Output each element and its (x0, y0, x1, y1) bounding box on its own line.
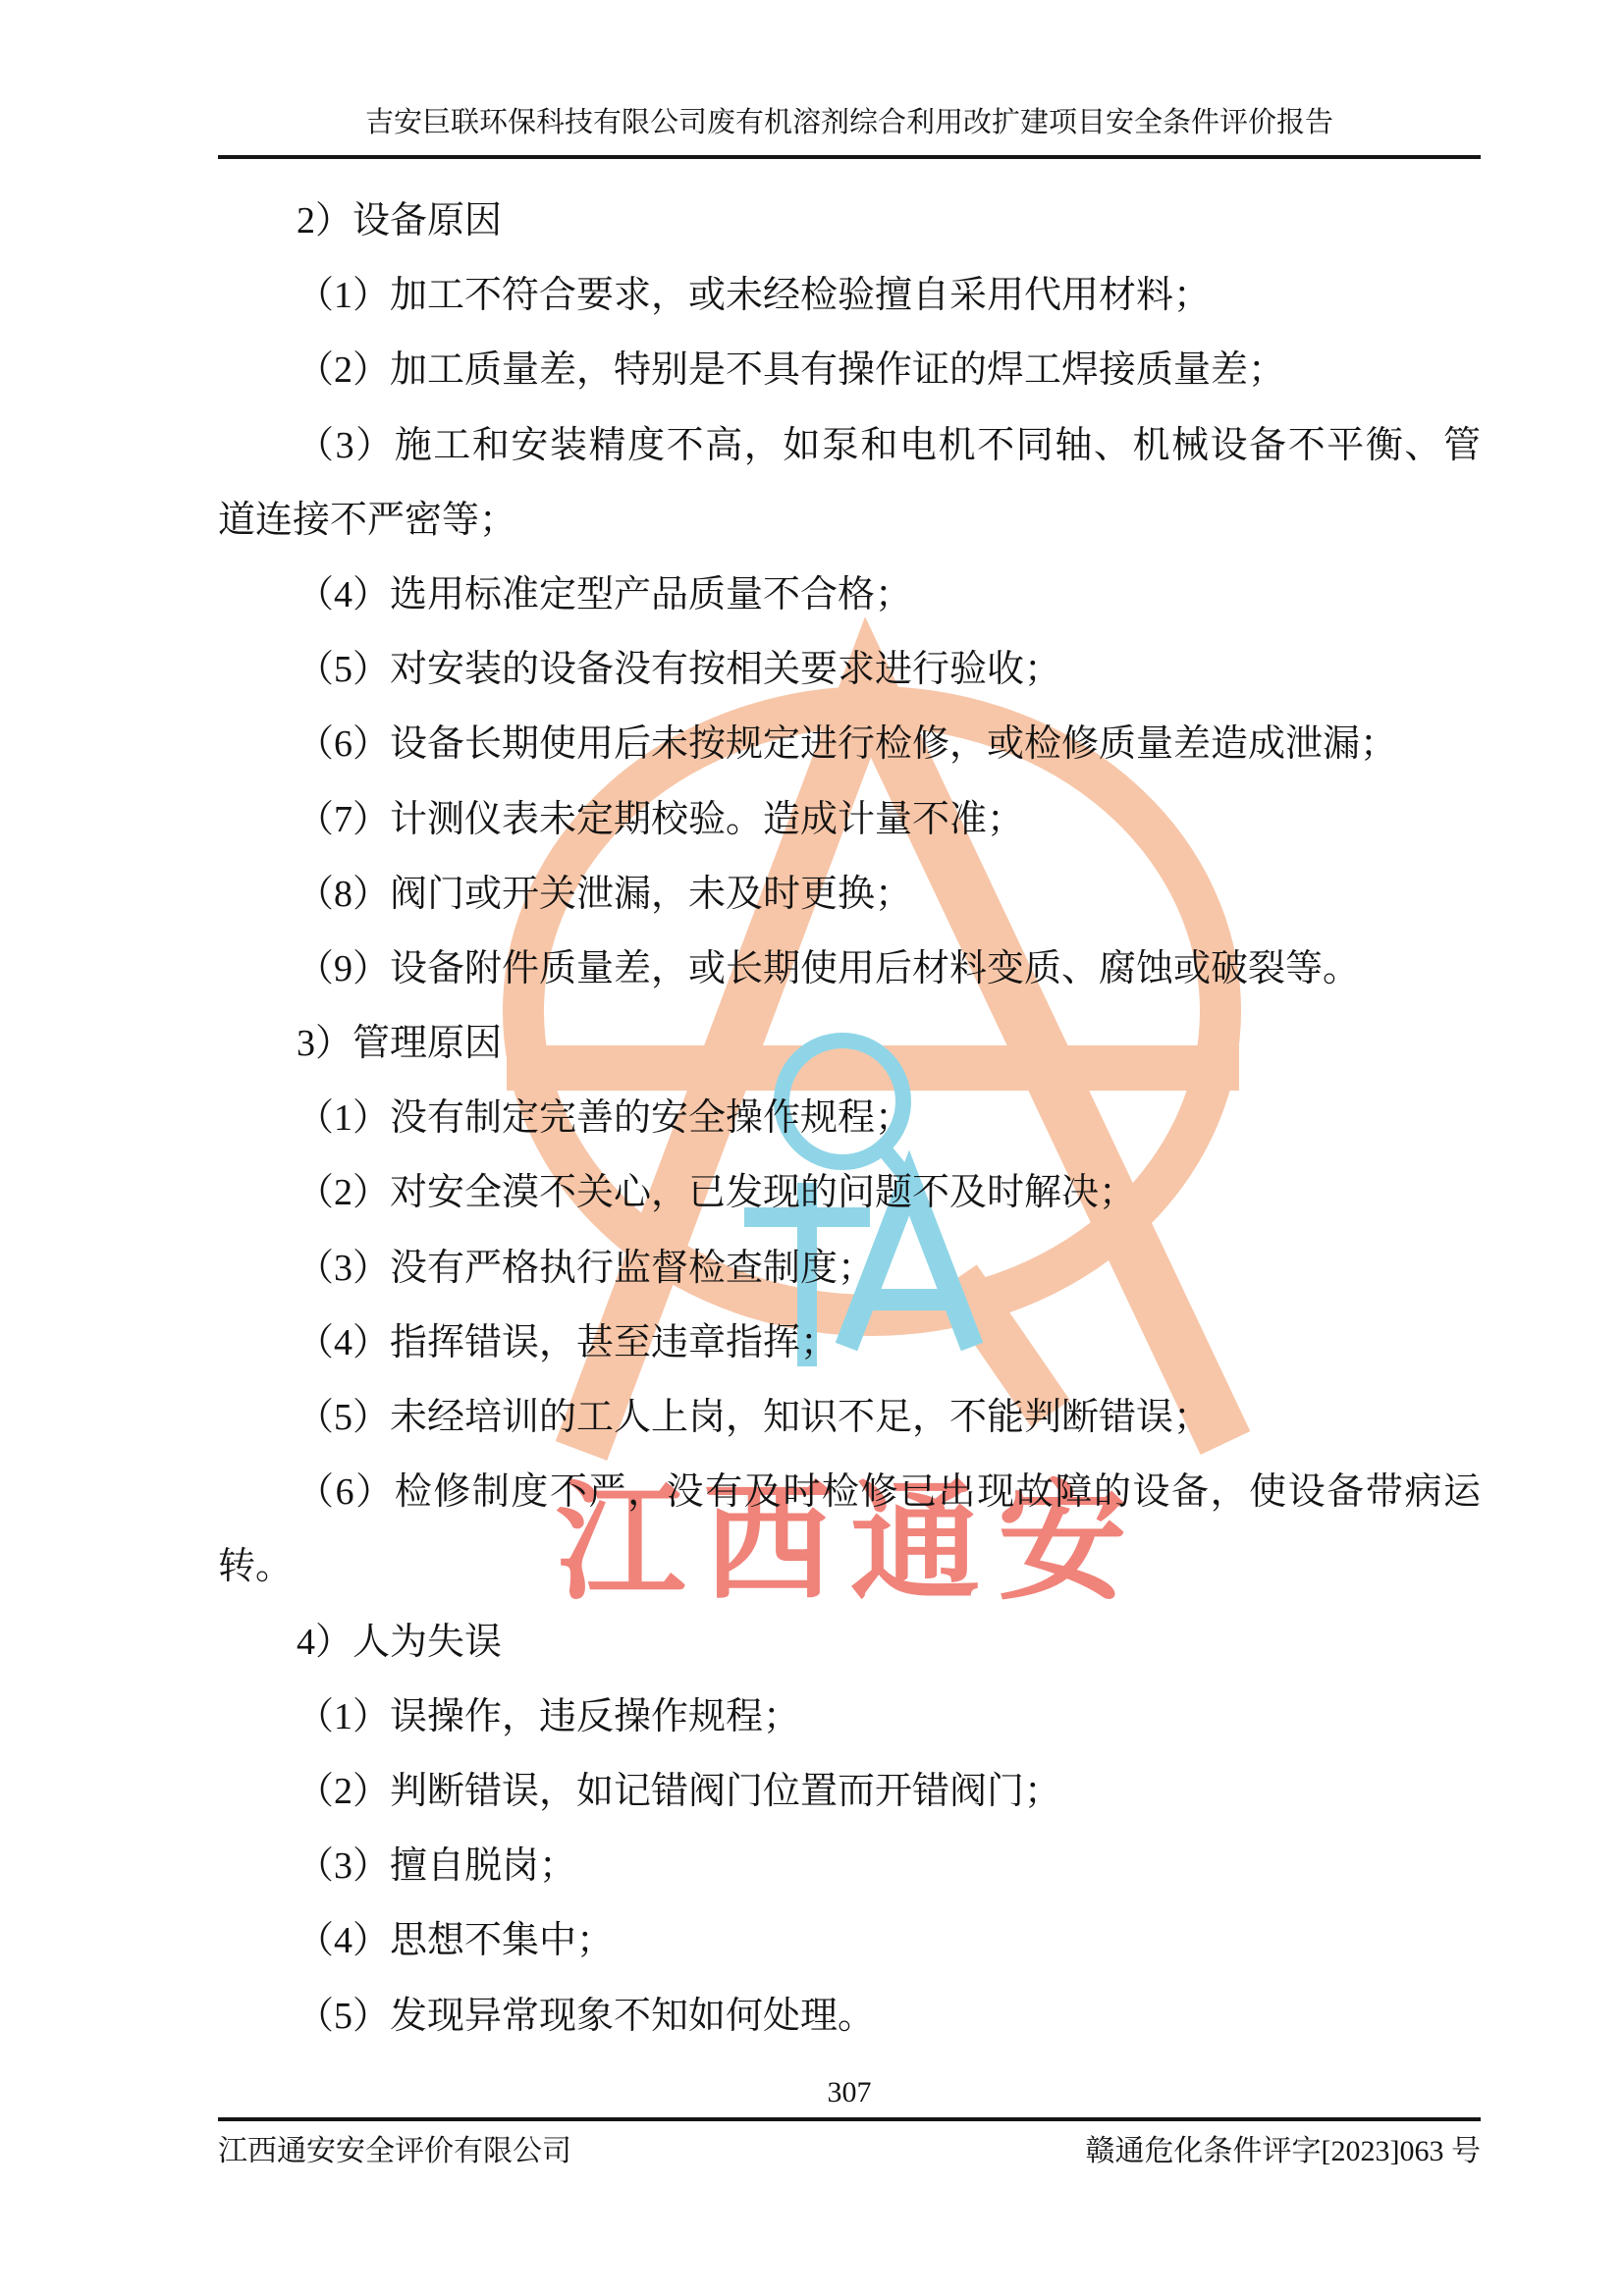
body-line: 2）设备原因 (218, 184, 1481, 258)
body-line: （4）指挥错误，甚至违章指挥； (218, 1306, 1481, 1380)
body-line: 道连接不严密等； (218, 483, 1481, 558)
body-line: （4）选用标准定型产品质量不合格； (218, 558, 1481, 632)
body-line: （1）没有制定完善的安全操作规程； (218, 1081, 1481, 1155)
body-line: （2）加工质量差，特别是不具有操作证的焊工焊接质量差； (218, 333, 1481, 407)
body-line: （3）施工和安装精度不高，如泵和电机不同轴、机械设备不平衡、管 (218, 408, 1481, 483)
footer-rule (218, 2117, 1481, 2121)
body-text: 2）设备原因（1）加工不符合要求，或未经检验擅自采用代用材料；（2）加工质量差，… (218, 184, 1481, 2054)
body-line: （3）擅自脱岗； (218, 1829, 1481, 1903)
footer-company: 江西通安安全评价有限公司 (218, 2130, 571, 2173)
body-line: 4）人为失误 (218, 1605, 1481, 1680)
body-line: （3）没有严格执行监督检查制度； (218, 1231, 1481, 1306)
body-line: （4）思想不集中； (218, 1903, 1481, 1978)
body-line: （7）计测仪表未定期校验。造成计量不准； (218, 782, 1481, 857)
body-line: （2）判断错误，如记错阀门位置而开错阀门； (218, 1754, 1481, 1829)
page-number: 307 (218, 2073, 1481, 2112)
body-line: （6）检修制度不严，没有及时检修已出现故障的设备，使设备带病运 (218, 1455, 1481, 1529)
body-line: （2）对安全漠不关心，已发现的问题不及时解决； (218, 1155, 1481, 1230)
body-line: （1）加工不符合要求，或未经检验擅自采用代用材料； (218, 258, 1481, 333)
footer-doc-number: 赣通危化条件评字[2023]063 号 (1086, 2130, 1481, 2173)
page-header: 吉安巨联环保科技有限公司废有机溶剂综合利用改扩建项目安全条件评价报告 (218, 102, 1481, 159)
body-line: 3）管理原因 (218, 1006, 1481, 1081)
body-line: 转。 (218, 1529, 1481, 1604)
body-line: （5）未经培训的工人上岗，知识不足，不能判断错误； (218, 1380, 1481, 1455)
body-line: （6）设备长期使用后未按规定进行检修，或检修质量差造成泄漏； (218, 707, 1481, 781)
page-footer: 江西通安安全评价有限公司 赣通危化条件评字[2023]063 号 (218, 2130, 1481, 2173)
body-line: （1）误操作，违反操作规程； (218, 1680, 1481, 1754)
body-line: （9）设备附件质量差，或长期使用后材料变质、腐蚀或破裂等。 (218, 932, 1481, 1006)
body-line: （5）对安装的设备没有按相关要求进行验收； (218, 632, 1481, 707)
header-title: 吉安巨联环保科技有限公司废有机溶剂综合利用改扩建项目安全条件评价报告 (365, 107, 1333, 138)
body-line: （8）阀门或开关泄漏，未及时更换； (218, 857, 1481, 932)
body-line: （5）发现异常现象不知如何处理。 (218, 1979, 1481, 2054)
document-page: 江西通安 吉安巨联环保科技有限公司废有机溶剂综合利用改扩建项目安全条件评价报告 … (0, 0, 1624, 2296)
